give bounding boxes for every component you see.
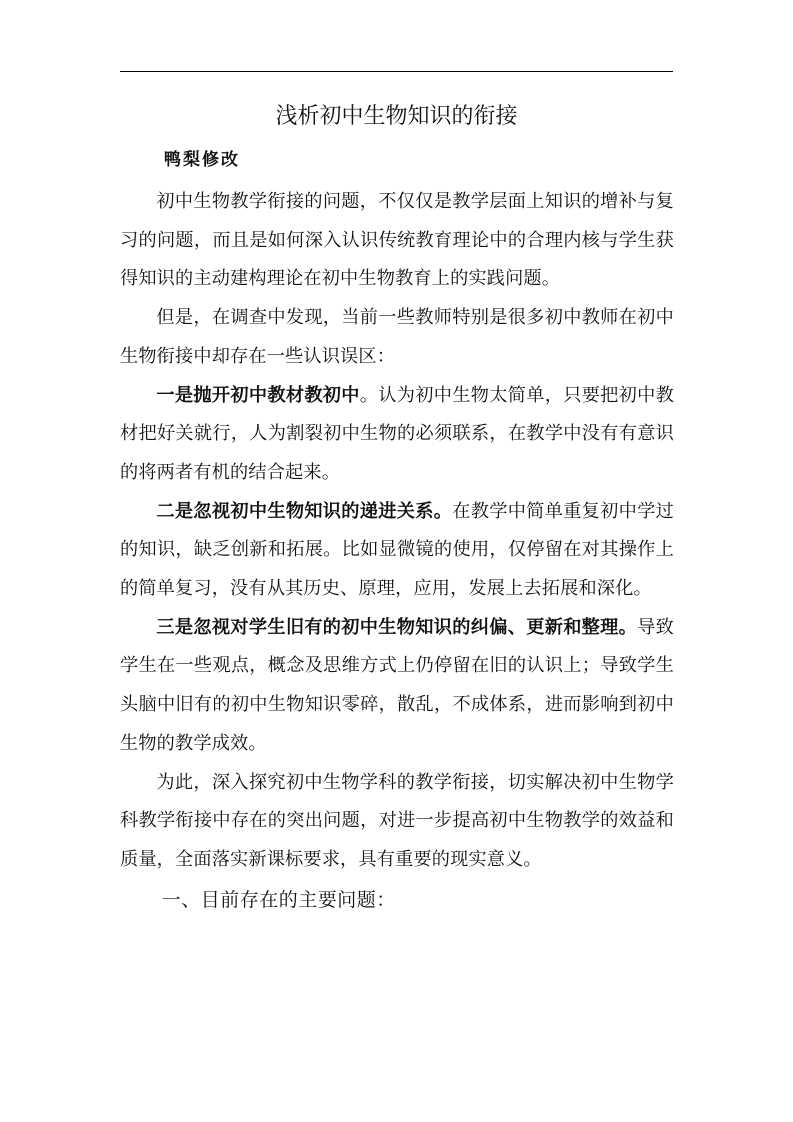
document-title: 浅析初中生物知识的衔接 bbox=[120, 102, 673, 132]
document-body: 初中生物教学衔接的问题，不仅仅是教学层面上知识的增补与复习的问题，而且是如何深入… bbox=[120, 183, 674, 920]
paragraph-point-three: 三是忽视对学生旧有的初中生物知识的纠偏、更新和整理。导致学生在一些观点，概念及思… bbox=[120, 609, 674, 764]
paragraph-intro: 初中生物教学衔接的问题，不仅仅是教学层面上知识的增补与复习的问题，而且是如何深入… bbox=[120, 183, 674, 299]
point-heading: 一是抛开初中教材教初中 bbox=[156, 385, 359, 406]
paragraph-significance: 为此，深入探究初中生物学科的教学衔接，切实解决初中生物学科教学衔接中存在的突出问… bbox=[120, 764, 674, 880]
paragraph-text: 初中生物教学衔接的问题，不仅仅是教学层面上知识的增补与复习的问题，而且是如何深入… bbox=[120, 191, 674, 289]
paragraph-text: 但是，在调查中发现，当前一些教师特别是很多初中教师在初中生物衔接中却存在一些认识… bbox=[120, 307, 674, 367]
paragraph-text: 为此，深入探究初中生物学科的教学衔接，切实解决初中生物学科教学衔接中存在的突出问… bbox=[120, 772, 674, 870]
paragraph-misconceptions: 但是，在调查中发现，当前一些教师特别是很多初中教师在初中生物衔接中却存在一些认识… bbox=[120, 299, 674, 376]
section-heading: 一、目前存在的主要问题： bbox=[120, 880, 674, 920]
paragraph-point-two: 二是忽视初中生物知识的递进关系。在教学中简单重复初中学过的知识，缺乏创新和拓展。… bbox=[120, 493, 674, 609]
point-heading: 二是忽视初中生物知识的递进关系。 bbox=[156, 501, 452, 522]
paragraph-point-one: 一是抛开初中教材教初中。认为初中生物太简单，只要把初中教材把好关就行，人为割裂初… bbox=[120, 377, 674, 493]
header-rule bbox=[120, 71, 673, 72]
point-heading: 三是忽视对学生旧有的初中生物知识的纠偏、更新和整理。 bbox=[156, 617, 637, 638]
author-line: 鸭梨修改 bbox=[164, 147, 240, 173]
